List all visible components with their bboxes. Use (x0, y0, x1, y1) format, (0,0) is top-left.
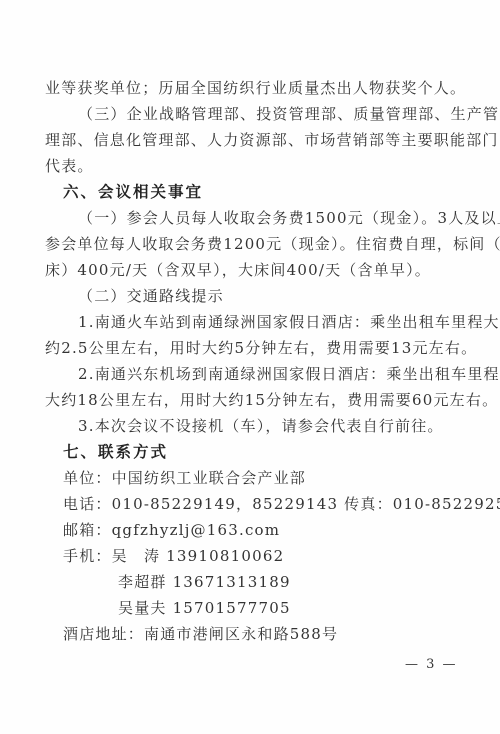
fee-text-line: 参会单位每人收取会务费1200元（现金）。住宿费自理，标间（双 (45, 234, 445, 254)
contact-mobile: 手机：吴 涛 13910810062 (63, 546, 463, 566)
fee-text-line: （一）参会人员每人收取会务费1500元（现金）。3人及以上 (78, 208, 478, 228)
contact-mobile: 吴量夫 15701577705 (118, 598, 500, 618)
section-heading-contact: 七、联系方式 (63, 442, 463, 462)
hotel-address: 酒店地址：南通市港闸区永和路588号 (63, 624, 463, 644)
transport-text-line: 3.本次会议不设接机（车），请参会代表自行前往。 (78, 416, 478, 436)
fee-text-line: 床）400元/天（含双早），大床间400/天（含单早）。 (45, 260, 445, 280)
contact-phone: 电话：010-85229149，85229143 传真：010-85229254 (63, 494, 463, 514)
section-heading-meeting-matters: 六、会议相关事宜 (63, 182, 463, 202)
document-page: 业等获奖单位；历届全国纺织行业质量杰出人物获奖个人。 （三）企业战略管理部、投资… (0, 0, 500, 734)
transport-text-line: 2.南通兴东机场到南通绿洲国家假日酒店：乘坐出租车里程 (78, 364, 478, 384)
body-text-line: 业等获奖单位；历届全国纺织行业质量杰出人物获奖个人。 (45, 78, 445, 98)
transport-text-line: 约2.5公里左右，用时大约5分钟左右，费用需要13元左右。 (45, 338, 445, 358)
contact-email: 邮箱：qgfzhyzlj@163.com (63, 520, 463, 540)
page-number: — 3 — (405, 657, 458, 672)
transport-text-line: 大约18公里左右，用时大约15分钟左右，费用需要60元左右。 (45, 390, 445, 410)
contact-unit: 单位：中国纺织工业联合会产业部 (63, 468, 463, 488)
body-text-line: 理部、信息化管理部、人力资源部、市场营销部等主要职能部门 (45, 130, 445, 150)
body-text-line: （三）企业战略管理部、投资管理部、质量管理部、生产管 (78, 104, 478, 124)
transport-text-line: 1.南通火车站到南通绿洲国家假日酒店：乘坐出租车里程大 (78, 312, 478, 332)
body-text-line: 代表。 (45, 156, 445, 176)
contact-mobile: 李超群 13671313189 (118, 572, 500, 592)
transport-subheading: （二）交通路线提示 (78, 286, 478, 306)
